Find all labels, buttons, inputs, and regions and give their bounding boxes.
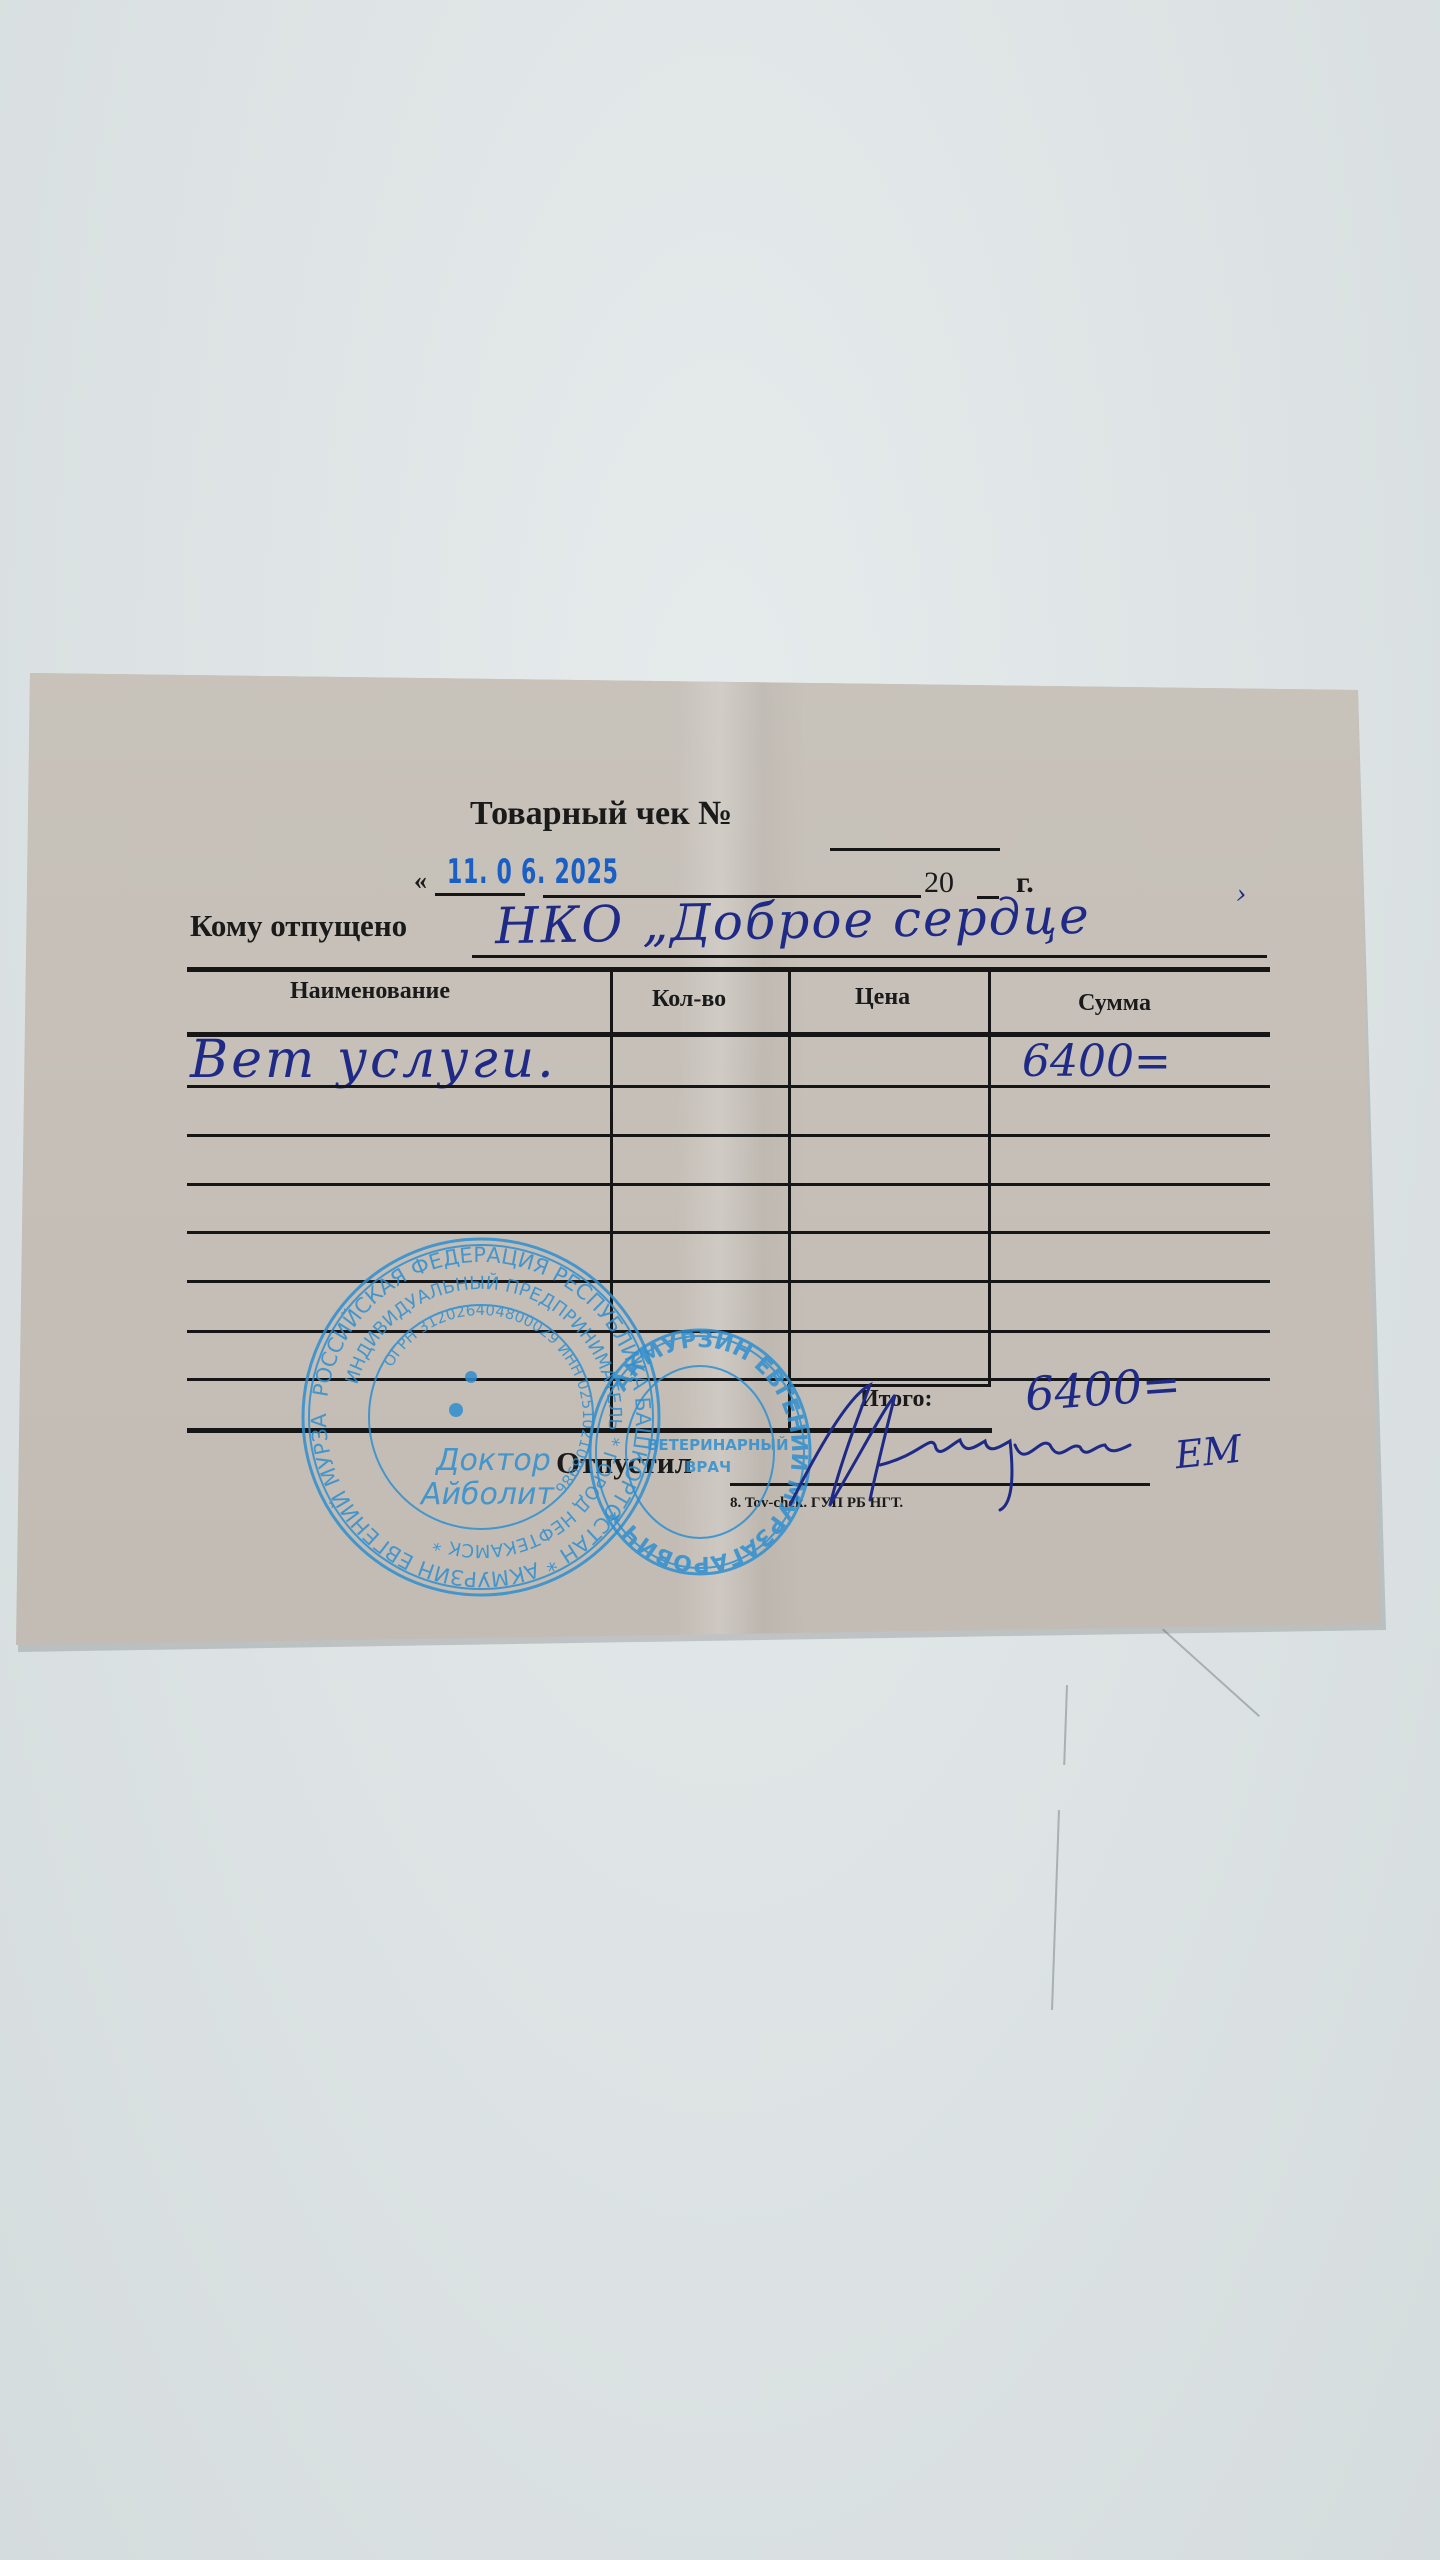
date-open-quote: « [414, 866, 427, 896]
recipient-close-quote: › [1236, 880, 1246, 910]
table-top-border [187, 967, 1270, 972]
receipt-number-line [830, 848, 1000, 851]
header-qty: Кол-во [652, 986, 726, 1013]
row-line [187, 1183, 1270, 1186]
stamp-1-center-line2: Айболит [419, 1477, 556, 1512]
receipt-paper: Товарный чек № « 11. 0 6. 2025 20 г. Ком… [0, 0, 1440, 2560]
header-sum: Сумма [1078, 990, 1151, 1017]
date-stamp: 11. 0 6. 2025 [447, 852, 619, 892]
row-line [187, 1085, 1270, 1088]
recipient-line [472, 955, 1267, 958]
header-name: Наименование [290, 978, 450, 1005]
stamp-2-center-line2: ВРАЧ [685, 1458, 731, 1476]
row-1-name[interactable]: Вет услуги. [190, 1030, 557, 1090]
stamp-1-center-line1: Доктор [434, 1443, 551, 1478]
row-line [187, 1134, 1270, 1137]
recipient-value[interactable]: НКО „Доброе сердце [495, 887, 1092, 955]
day-line [435, 893, 525, 896]
signature-initials: ЕМ [1173, 1427, 1244, 1478]
header-price: Цена [855, 984, 910, 1011]
row-1-sum[interactable]: 6400= [1022, 1036, 1171, 1087]
receipt-title: Товарный чек № [470, 795, 732, 833]
recipient-label: Кому отпущено [190, 908, 407, 944]
